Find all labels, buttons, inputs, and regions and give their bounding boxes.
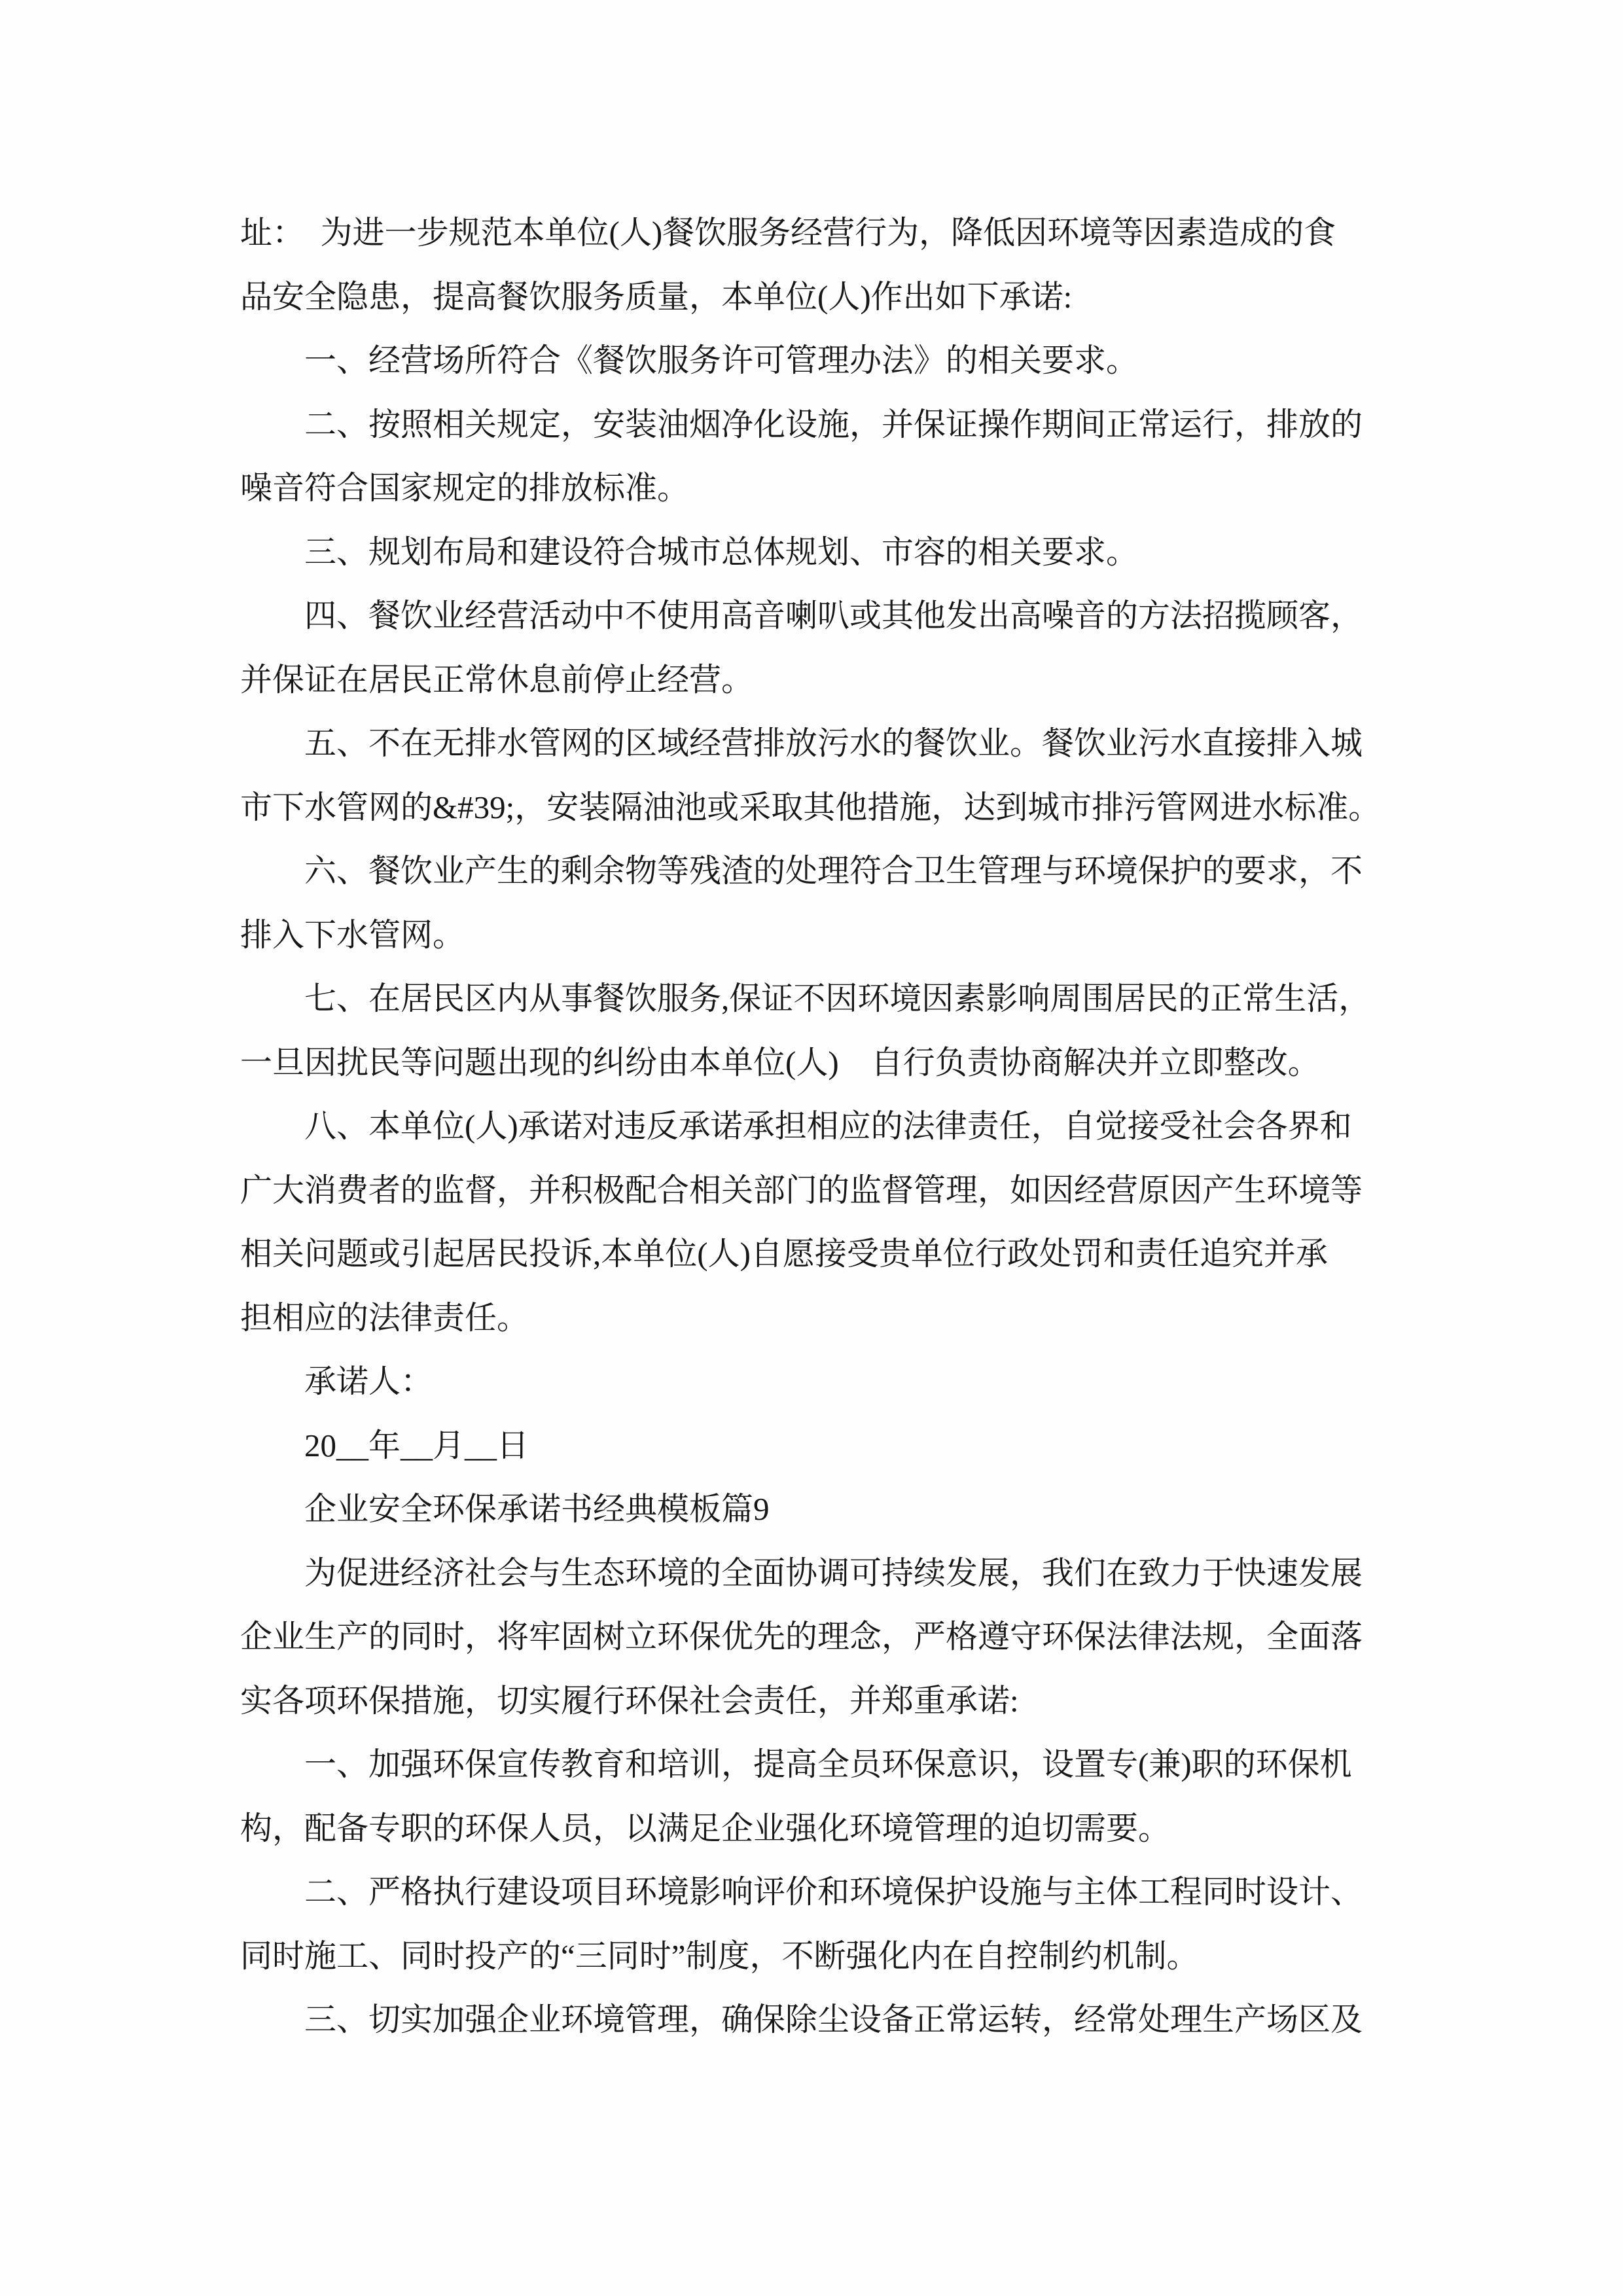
- text-line: 并保证在居民正常休息前停止经营。: [240, 648, 1392, 712]
- text-line: 四、餐饮业经营活动中不使用高音喇叭或其他发出高噪音的方法招揽顾客，: [240, 584, 1392, 648]
- text-line: 三、切实加强企业环境管理，确保除尘设备正常运转，经常处理生产场区及: [240, 1988, 1392, 2052]
- text-line: 广大消费者的监督，并积极配合相关部门的监督管理，如因经营原因产生环境等: [240, 1158, 1392, 1223]
- text-line: 构，配备专职的环保人员，以满足企业强化环境管理的迫切需要。: [240, 1797, 1392, 1861]
- text-line: 实各项环保措施，切实履行环保社会责任，并郑重承诺:: [240, 1669, 1392, 1733]
- text-line: 址： 为进一步规范本单位(人)餐饮服务经营行为，降低因环境等因素造成的食: [240, 201, 1392, 265]
- text-line: 企业安全环保承诺书经典模板篇9: [240, 1477, 1392, 1541]
- text-line: 八、本单位(人)承诺对违反承诺承担相应的法律责任，自觉接受社会各界和: [240, 1094, 1392, 1158]
- text-line: 相关问题或引起居民投诉,本单位(人)自愿接受贵单位行政处罚和责任追究并承: [240, 1222, 1392, 1286]
- text-line: 噪音符合国家规定的排放标准。: [240, 456, 1392, 520]
- text-line: 承诺人：: [240, 1350, 1392, 1414]
- text-line: 市下水管网的&#39;，安装隔油池或采取其他措施，达到城市排污管网进水标准。: [240, 776, 1392, 840]
- text-line: 二、按照相关规定，安装油烟净化设施，并保证操作期间正常运行，排放的: [240, 393, 1392, 457]
- text-line: 一旦因扰民等问题出现的纠纷由本单位(人) 自行负责协商解决并立即整改。: [240, 1031, 1392, 1095]
- text-line: 五、不在无排水管网的区域经营排放污水的餐饮业。餐饮业污水直接排入城: [240, 711, 1392, 776]
- text-line: 企业生产的同时，将牢固树立环保优先的理念，严格遵守环保法律法规，全面落: [240, 1605, 1392, 1669]
- text-line: 排入下水管网。: [240, 903, 1392, 967]
- text-line: 六、餐饮业产生的剩余物等残渣的处理符合卫生管理与环境保护的要求，不: [240, 839, 1392, 903]
- text-line: 一、经营场所符合《餐饮服务许可管理办法》的相关要求。: [240, 329, 1392, 393]
- text-line: 同时施工、同时投产的“三同时”制度，不断强化内在自控制约机制。: [240, 1924, 1392, 1988]
- text-line: 品安全隐患，提高餐饮服务质量，本单位(人)作出如下承诺:: [240, 265, 1392, 329]
- text-line: 担相应的法律责任。: [240, 1286, 1392, 1350]
- text-line: 三、规划布局和建设符合城市总体规划、市容的相关要求。: [240, 520, 1392, 584]
- text-line: 20__年__月__日: [240, 1414, 1392, 1478]
- text-line: 七、在居民区内从事餐饮服务,保证不因环境因素影响周围居民的正常生活，: [240, 967, 1392, 1031]
- text-line: 一、加强环保宣传教育和培训，提高全员环保意识，设置专(兼)职的环保机: [240, 1732, 1392, 1797]
- document-body: 址： 为进一步规范本单位(人)餐饮服务经营行为，降低因环境等因素造成的食品安全隐…: [240, 201, 1392, 2052]
- text-line: 为促进经济社会与生态环境的全面协调可持续发展，我们在致力于快速发展: [240, 1541, 1392, 1605]
- document-page: 址： 为进一步规范本单位(人)餐饮服务经营行为，降低因环境等因素造成的食品安全隐…: [0, 0, 1623, 2296]
- text-line: 二、严格执行建设项目环境影响评价和环境保护设施与主体工程同时设计、: [240, 1860, 1392, 1924]
